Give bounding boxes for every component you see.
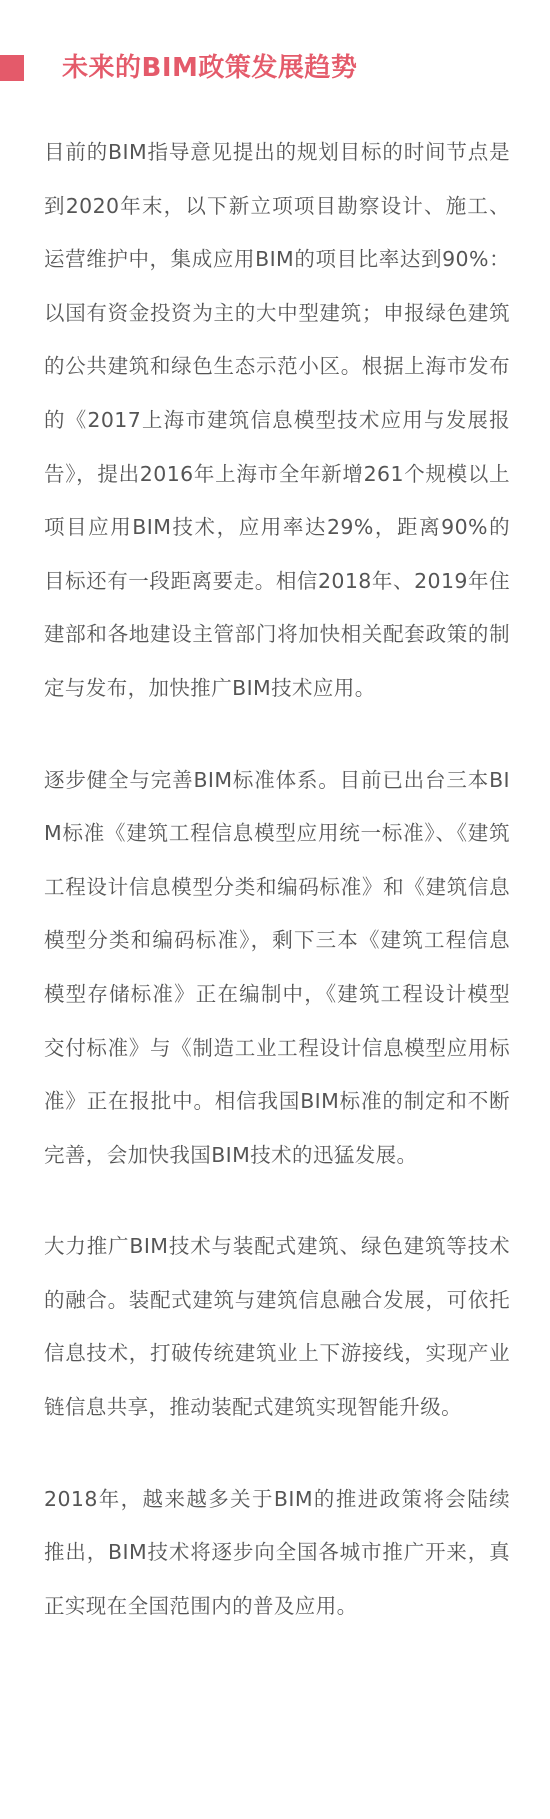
paragraph-bim-standards: 逐步健全与完善BIM标准体系。目前已出台三本BIM标准《建筑工程信息模型应用统一… bbox=[44, 754, 510, 1183]
paragraph-2018-outlook: 2018年，越来越多关于BIM的推进政策将会陆续推出，BIM技术将逐步向全国各城… bbox=[44, 1473, 510, 1634]
section-header: 未来的BIM政策发展趋势 bbox=[0, 52, 550, 84]
section-title: 未来的BIM政策发展趋势 bbox=[62, 52, 357, 84]
paragraph-prefab-integration: 大力推广BIM技术与装配式建筑、绿色建筑等技术的融合。装配式建筑与建筑信息融合发… bbox=[44, 1220, 510, 1434]
paragraph-policy-targets: 目前的BIM指导意见提出的规划目标的时间节点是到2020年末，以下新立项项目勘察… bbox=[44, 126, 510, 716]
article-body: 目前的BIM指导意见提出的规划目标的时间节点是到2020年末，以下新立项项目勘察… bbox=[44, 126, 510, 1671]
section-marker-icon bbox=[0, 55, 24, 81]
